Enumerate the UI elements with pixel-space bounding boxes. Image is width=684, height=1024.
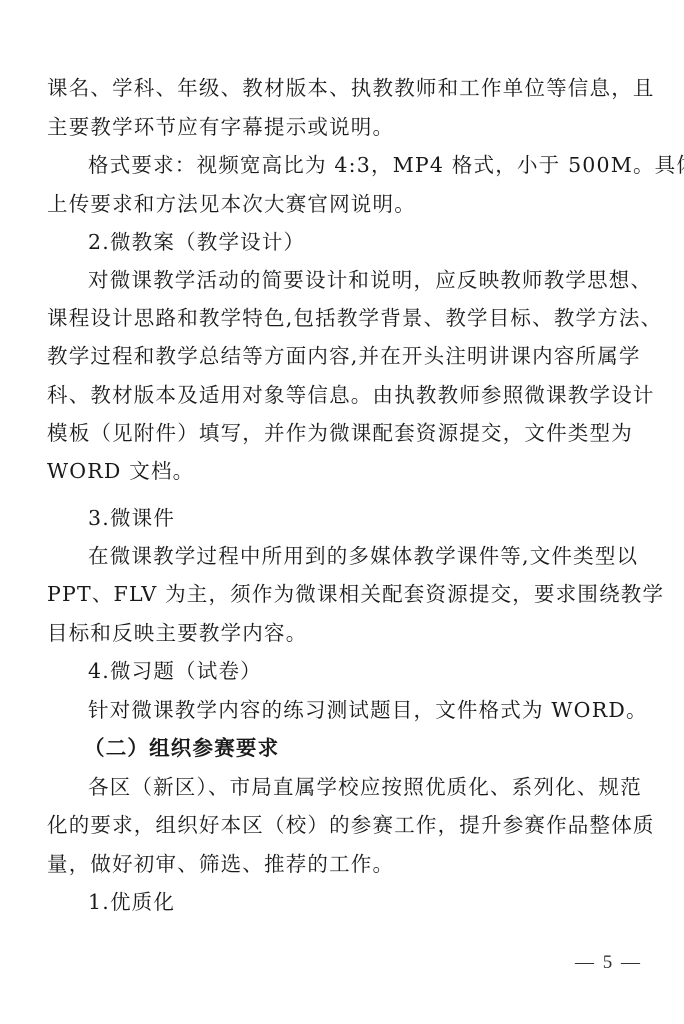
- paragraph-line: 模板（见附件）填写，并作为微课配套资源提交，文件类型为: [47, 420, 639, 446]
- paragraph-line: 化的要求，组织好本区（校）的参赛工作，提升参赛作品整体质: [47, 812, 639, 838]
- paragraph-line: 针对微课教学内容的练习测试题目，文件格式为 WORD。: [88, 697, 639, 723]
- paragraph-line: 课程设计思路和教学特色,包括教学背景、教学目标、教学方法、: [47, 305, 639, 331]
- paragraph-line: 科、教材版本及适用对象等信息。由执教教师参照微课教学设计: [47, 382, 639, 408]
- paragraph-line: 课名、学科、年级、教材版本、执教教师和工作单位等信息，且: [47, 75, 639, 101]
- format-requirements-line: 格式要求：视频宽高比为 4:3，MP4 格式，小于 500M。具体: [88, 152, 639, 178]
- paragraph-line: PPT、FLV 为主，须作为微课相关配套资源提交，要求围绕教学: [47, 581, 639, 607]
- paragraph-line: 量，做好初审、筛选、推荐的工作。: [47, 851, 639, 877]
- paragraph-line: 主要教学环节应有字幕提示或说明。: [47, 114, 639, 140]
- paragraph-line: WORD 文档。: [47, 458, 639, 484]
- paragraph-line: 在微课教学过程中所用到的多媒体教学课件等,文件类型以: [88, 543, 639, 569]
- document-page: 课名、学科、年级、教材版本、执教教师和工作单位等信息，且 主要教学环节应有字幕提…: [0, 0, 684, 1024]
- paragraph-line: 对微课教学活动的简要设计和说明，应反映教师教学思想、: [88, 267, 639, 293]
- section-heading-micro-exercises: 4.微习题（试卷）: [88, 658, 639, 684]
- section-heading-organization-requirements: （二）组织参赛要求: [84, 735, 676, 761]
- paragraph-line: 各区（新区）、市局直属学校应按照优质化、系列化、规范: [88, 774, 639, 800]
- paragraph-line: 上传要求和方法见本次大赛官网说明。: [47, 191, 639, 217]
- section-heading-micro-courseware: 3.微课件: [88, 505, 639, 531]
- page-number: — 5 —: [575, 952, 642, 974]
- paragraph-line: 教学过程和教学总结等方面内容,并在开头注明讲课内容所属学: [47, 343, 639, 369]
- section-heading-micro-lesson-plan: 2.微教案（教学设计）: [88, 229, 639, 255]
- paragraph-line: 目标和反映主要教学内容。: [47, 620, 639, 646]
- section-heading-quality: 1.优质化: [88, 889, 639, 915]
